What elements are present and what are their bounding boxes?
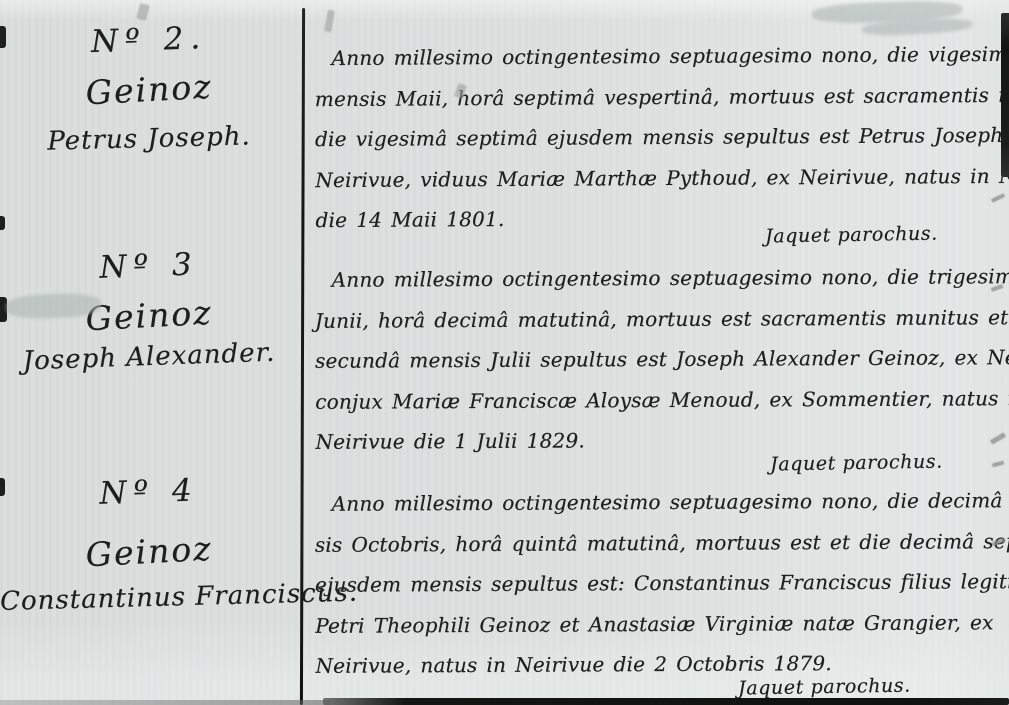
entry-3-surname-text: Geinoz xyxy=(85,529,214,575)
entry-3-line-3: ejusdem mensis sepultus est: Constantinu… xyxy=(315,561,1003,605)
entry-1-given-names: Petrus Joseph. xyxy=(0,120,298,158)
entry-1-line-4: Neirivue, viduus Mariæ Marthæ Pythoud, e… xyxy=(315,155,1003,200)
entry-1-line-2: mensis Maii, horâ septimâ vespertinâ, mo… xyxy=(315,74,1003,119)
entry-3-line-4: Petri Theophili Geinoz et Anastasiæ Virg… xyxy=(315,602,1003,646)
entry-1-line-3: die vigesimâ septimâ ejusdem mensis sepu… xyxy=(315,115,1003,160)
register-page: Nº 2. Geinoz Petrus Joseph. Anno millesi… xyxy=(0,0,1009,705)
pencil-mark-top-left xyxy=(136,3,150,21)
edge-mark-4 xyxy=(992,461,1005,468)
entry-3-given-names-text: Constantinus Franciscus. xyxy=(0,578,358,617)
entry-3-line-2: sis Octobris, horâ quintâ matutinâ, mort… xyxy=(315,521,1003,565)
entry-3-line-1: Anno millesimo octingentesimo septuagesi… xyxy=(314,480,1002,524)
entry-3-body: Anno millesimo octingentesimo septuagesi… xyxy=(314,480,1003,686)
entry-2-surname: Geinoz xyxy=(0,288,299,343)
entry-2-line-4: conjux Mariæ Franciscæ Aloysæ Menoud, ex… xyxy=(315,378,1003,422)
entry-1-surname: Geinoz xyxy=(0,62,299,117)
entry-2-body: Anno millesimo octingentesimo septuagesi… xyxy=(314,256,1003,462)
scan-edge-bottom-left xyxy=(0,700,330,705)
entry-3-signature: Jaquet parochus. xyxy=(738,674,911,699)
bleedthrough-smudge-top-1 xyxy=(812,0,963,25)
entry-2-given-names-text: Joseph Alexander. xyxy=(22,338,276,377)
entry-2-number: Nº 3 xyxy=(0,243,299,289)
entry-2-line-2: Junii, horâ decimâ matutinâ, mortuus est… xyxy=(315,297,1003,341)
pencil-mark-near-rule xyxy=(324,10,335,33)
entry-1-number: Nº 2. xyxy=(0,17,299,63)
entry-3-given-names: Constantinus Franciscus. xyxy=(0,579,298,617)
entry-1-signature: Jaquet parochus. xyxy=(765,222,938,247)
entry-1-line-1: Anno millesimo octingentesimo septuagesi… xyxy=(314,34,1002,79)
entry-1-given-names-text: Petrus Joseph. xyxy=(47,121,251,156)
entry-3-surname: Geinoz xyxy=(0,524,299,579)
entry-2-signature: Jaquet parochus. xyxy=(770,450,943,475)
entry-1-body: Anno millesimo octingentesimo septuagesi… xyxy=(314,34,1003,241)
entry-2-number-text: Nº 3 xyxy=(99,246,199,285)
entry-1-number-text: Nº 2. xyxy=(90,20,207,60)
entry-2-given-names: Joseph Alexander. xyxy=(0,337,298,377)
entry-3-number-text: Nº 4 xyxy=(99,472,199,511)
entry-1-surname-text: Geinoz xyxy=(85,67,214,113)
scan-edge-bottom xyxy=(323,698,1009,705)
entry-2-surname-text: Geinoz xyxy=(85,293,214,339)
entry-2-line-3: secundâ mensis Julii sepultus est Joseph… xyxy=(315,337,1003,381)
ink-blot-left-2 xyxy=(0,216,5,230)
entry-2-line-1: Anno millesimo octingentesimo septuagesi… xyxy=(314,256,1002,300)
entry-3-number: Nº 4 xyxy=(0,469,299,515)
